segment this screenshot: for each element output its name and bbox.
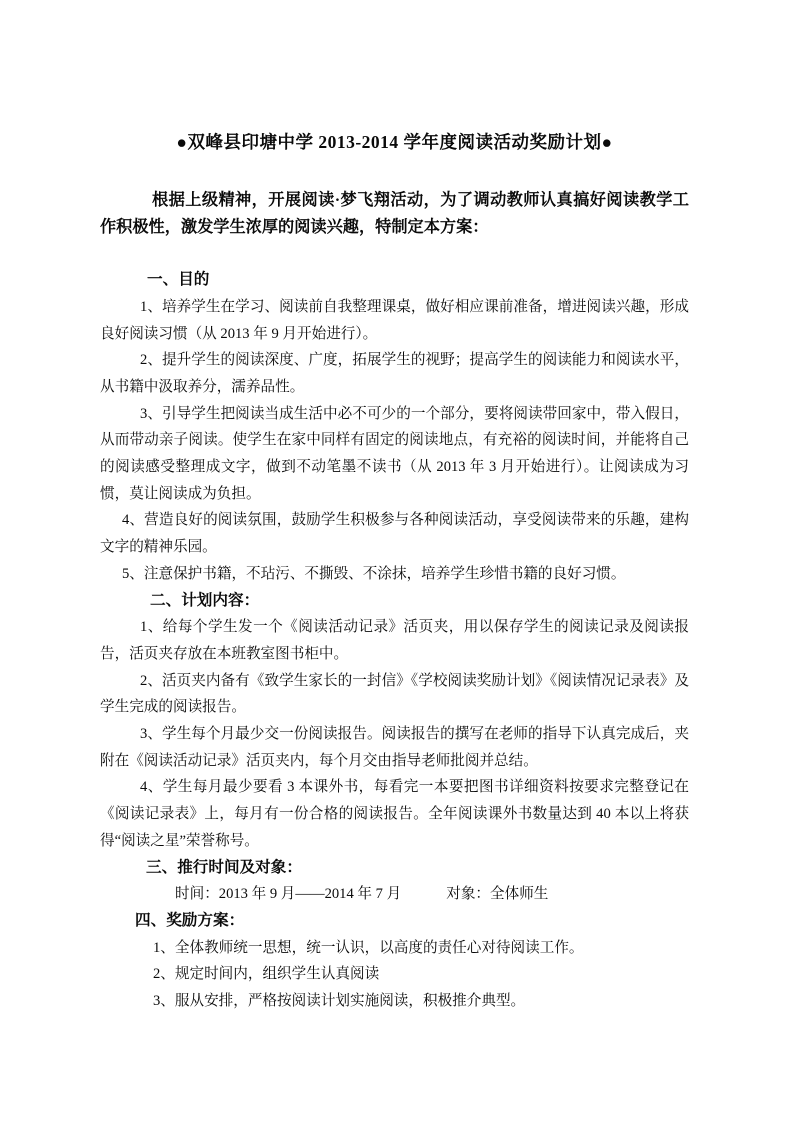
section-heading-plan-content: 二、计划内容：	[100, 588, 689, 615]
list-item: 5、注意保护书籍，不玷污、不撕毁、不涂抹，培养学生珍惜书籍的良好习惯。	[100, 561, 689, 588]
list-item: 2、规定时间内，组织学生认真阅读	[100, 961, 689, 988]
audience-value: 对象：全体师生	[446, 886, 548, 902]
list-item: 1、培养学生在学习、阅读前自我整理课桌，做好相应课前准备，增进阅读兴趣，形成良好…	[100, 294, 689, 347]
time-value: 时间：2013 年 9 月——2014 年 7 月	[175, 886, 401, 902]
document-page: ●双峰县印塘中学 2013-2014 学年度阅读活动奖励计划● 根据上级精神，开…	[0, 0, 793, 1122]
list-item: 1、全体教师统一思想，统一认识，以高度的责任心对待阅读工作。	[100, 935, 689, 962]
doc-title: ●双峰县印塘中学 2013-2014 学年度阅读活动奖励计划●	[100, 127, 689, 157]
intro-paragraph: 根据上级精神，开展阅读·梦飞翔活动，为了调动教师认真搞好阅读教学工作积极性，激发…	[100, 187, 689, 240]
list-item: 1、给每个学生发一个《阅读活动记录》活页夹，用以保存学生的阅读记录及阅读报告，活…	[100, 614, 689, 667]
section-heading-time-and-target: 三、推行时间及对象：	[100, 855, 689, 882]
section-heading-reward-scheme: 四、奖励方案：	[100, 908, 689, 935]
section-heading-purpose: 一、目的	[100, 267, 689, 294]
list-item: 2、活页夹内备有《致学生家长的一封信》《学校阅读奖励计划》《阅读情况记录表》及学…	[100, 668, 689, 721]
list-item: 2、提升学生的阅读深度、广度，拓展学生的视野；提高学生的阅读能力和阅读水平，从书…	[100, 347, 689, 400]
list-item: 3、引导学生把阅读当成生活中必不可少的一个部分，要将阅读带回家中，带入假日，从而…	[100, 401, 689, 508]
list-item: 3、学生每个月最少交一份阅读报告。阅读报告的撰写在老师的指导下认真完成后，夹附在…	[100, 721, 689, 774]
list-item: 4、学生每月最少要看 3 本课外书，每看完一本要把图书详细资料按要求完整登记在《…	[100, 774, 689, 854]
list-item: 4、营造良好的阅读氛围，鼓励学生积极参与各种阅读活动，享受阅读带来的乐趣，建构文…	[100, 507, 689, 560]
time-and-audience-line: 时间：2013 年 9 月——2014 年 7 月对象：全体师生	[100, 881, 689, 908]
list-item: 3、服从安排，严格按阅读计划实施阅读，积极推介典型。	[100, 988, 689, 1015]
